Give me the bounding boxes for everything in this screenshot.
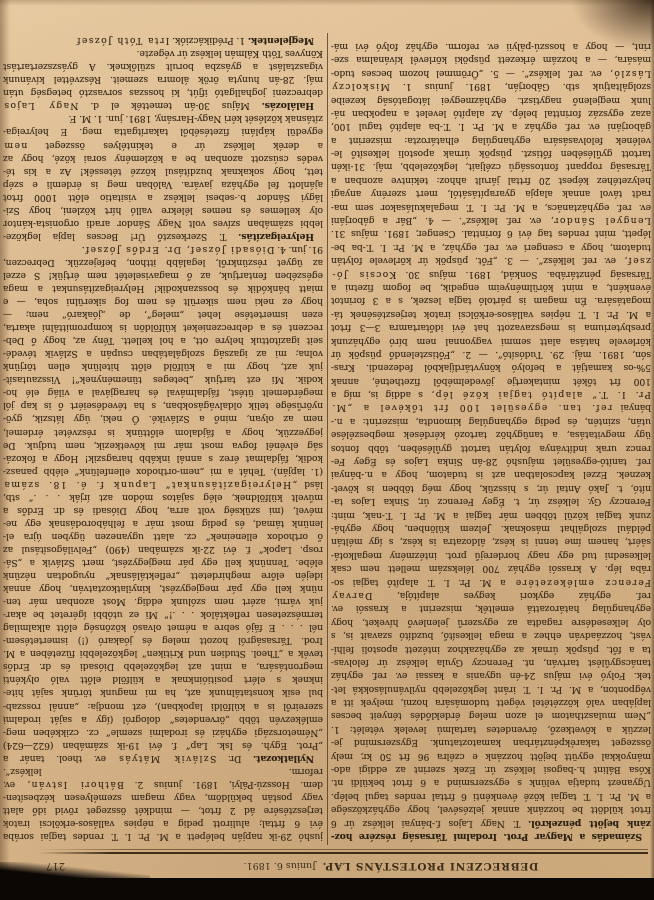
text-segment: „Németországi egyházi és irodalmi szemle… (3, 727, 323, 738)
text-line: vigasztalást a gyászba borult szülőknek.… (3, 60, 323, 73)
rotated-print-content: DEBRECZENI PROTESTÁNS LAP. Junius 6. 189… (0, 0, 654, 878)
text-segment: a M. Pr. I. T. népies vallásos-erkölcsi … (331, 309, 651, 320)
text-line: lezzük a következő, örvendetes tartalmú … (331, 722, 651, 735)
text-segment: ev. theol. tanár a (3, 753, 118, 764)
paper-sheet: DEBRECZENI PROTESTÁNS LAP. Junius 6. 189… (0, 0, 654, 878)
text-line: ő orthodox elleneinek“ cz. alatt ugyanez… (3, 530, 323, 543)
text-segment: ajánlott fel egyháza javára. Valóban meg… (3, 179, 323, 190)
text-line: sáért, hanem íme tenni is kész, áldozatr… (331, 535, 651, 548)
text-segment: Irod. Társaságról hozott meleg és jóakar… (3, 635, 323, 646)
text-segment: mányokkal együtt bejött hozzánk e czélra… (331, 751, 651, 762)
text-line: végponton, a M. Pr. I. T. iránt legközel… (331, 682, 651, 695)
text-line: lépett, mint rendes tag évi 6 forinttal.… (331, 227, 651, 240)
text-line: vást, hozzáadván ehhez a maga lelkesítő,… (331, 629, 651, 642)
text-segment: vedés csúszott azonban be a közlemény so… (3, 153, 323, 164)
text-line: Helyreigazítás. T. Szerkesztő Úr! Becses… (3, 230, 323, 243)
text-line: „Prot. Egyh. és Isk. Lap“ f. évi 19-ik s… (3, 739, 323, 752)
text-line: zánk bejött pénzekről. T. Nagy Lajos f.-… (331, 816, 651, 829)
text-segment: egészében fentartjuk, az ő magaviseletét… (3, 270, 323, 281)
column-right: jushó 29-ik napján belépett a M. Pr. I. … (3, 34, 323, 843)
text-segment: László, (609, 68, 651, 79)
text-segment: vigasztalást a gyászba borult szülőknek.… (3, 61, 323, 72)
text-line: nító, t. Jakó Antal úr, s hisszük, hogy … (331, 481, 651, 494)
text-segment: 1. Prédikácziók. (169, 35, 248, 46)
text-segment: zsef, (623, 255, 651, 266)
text-segment: végponton, a M. Pr. I. T. iránt legközel… (331, 684, 651, 695)
text-segment: T. Nagy Lajos f.-bányai lelkész úr 6 (331, 818, 528, 829)
text-line: velének felolvasására egyhangúlag elhatá… (331, 133, 651, 146)
text-segment: miatt bánkódik és bosszankodik! Helyreig… (3, 283, 323, 294)
text-line: tudatom, hogy a csengeri ev. ref. egyház… (331, 240, 651, 253)
paragraph-lead: Helyreigazítás. (238, 231, 314, 242)
text-line: Könyves Tóth Kálmán lelkész úr végezte. (3, 47, 323, 60)
text-segment: tudatom, hogy a csengeri ev. ref. egyház… (331, 242, 651, 253)
text-line: vedés csúszott azonban be a közlemény so… (3, 152, 323, 165)
text-segment: nél . . . E fájó sebre a német olvasó kö… (3, 622, 323, 633)
issue-date: Junius 6. 1891. (244, 860, 316, 871)
text-line: Számadás a Magyar Prot. Irodalmi Társasá… (331, 830, 651, 843)
paragraph-lead: Megjelentek. (248, 35, 314, 46)
text-line: jegyezzük, hogy a fájdalom előttünk is r… (3, 426, 323, 439)
text-segment: Nagy Lajos (3, 100, 78, 111)
text-segment: körlevele hatása alatt semmi vagyonnal n… (331, 336, 651, 347)
text-line: ev. ref. egyháztanács, a M. Pr. I. T. me… (331, 200, 651, 213)
text-segment: a derék lelkész úr e tekintélyes összege… (27, 140, 323, 151)
text-segment: 100 frt tőkét mintakertje jövedelméből f… (331, 376, 651, 387)
text-segment: ev. ref. egyháztanács, a M. Pr. I. T. me… (331, 202, 651, 213)
header-rule-thin (38, 849, 648, 850)
text-segment: „Prot. Egyh. és Isk. Lap“ f. évi 19-ik s… (3, 740, 323, 751)
text-line: nyörűsége telik oldalvágásokban, s ha té… (3, 399, 323, 412)
text-segment: egyhangúlag határozattá emelték, miszeri… (331, 603, 651, 614)
text-segment: Darvay (331, 590, 373, 601)
text-line: (1. lapján). Tehát a mi „nem-orthodox el… (3, 465, 323, 478)
text-line: 5%-os kamatját a befolyó könyvtárdíjakbó… (331, 361, 651, 374)
text-segment: ta a főt. püspök úrnak az egyházakhoz in… (331, 644, 651, 655)
text-line: mével, (mi szükség volt arra, hogy Diósa… (3, 504, 323, 517)
text-line: természetesen reflektálok . . .!“ Mi ez … (3, 608, 323, 621)
text-segment: lapjában való közzététel végett tudomásá… (331, 697, 651, 708)
text-line: megérdemelt ütést, fájdalmával és haragj… (3, 386, 323, 399)
text-segment: lunk megjelenő nagytiszt. egyházmegyei l… (331, 95, 651, 106)
text-line: frtot küldött be hozzánk annak jelzéséve… (331, 803, 651, 816)
text-line: elébe. Tennünk kell egy pár megjegyzést,… (3, 556, 323, 569)
text-segment: oly kellemes és nemes lélekre valló hírt… (3, 205, 323, 216)
text-segment: Könyves Tóth Kálmán lelkész úr végezte. (137, 48, 323, 59)
text-line: szolgáltatjuk stb. Gáborján, 1891. juniu… (331, 80, 651, 93)
text-line: volna; mi az igazság szolgálatában csupá… (3, 347, 323, 360)
text-line: az ügyet részünkről, legalább itthon, be… (3, 256, 323, 269)
text-line: a M. Pr. I. T. népies vallásos-erkölcsi … (331, 307, 651, 320)
text-segment: Társaság pénztárába. Sonkád, 1891. május… (396, 269, 651, 280)
text-segment: dem. Hosszú-Pályi, 1891. junius 2. (124, 779, 323, 790)
text-segment: reform. lelkész“. (3, 766, 323, 777)
text-line: Ugyanezt tudatja velünk s egyszersmind a… (331, 776, 651, 789)
text-line: zításnak közlését kéri Nagy-Harsány, 189… (3, 112, 323, 125)
text-line: oly lelkesedésre ragadta az egyszerű jel… (331, 615, 651, 628)
text-segment: lépett, mint rendes tag évi 6 forinttal.… (331, 228, 651, 239)
text-line: lapjában való közzététel végett tudomásá… (331, 696, 651, 709)
text-line: emlékezvén több „örvendetes“ dologról (í… (3, 713, 323, 726)
text-segment: évi 6 frttal; alulirott pedig a népies v… (3, 818, 323, 829)
text-segment: bul esik konstatálnunk azt, ha mi magunk… (3, 687, 323, 698)
text-segment: Báthori István, (26, 779, 124, 790)
text-segment: zunk tagjai közül többen már tagjai a M.… (331, 510, 651, 521)
text-line: rosp. Lapok“ f. évi 22-ik számában (490)… (3, 543, 323, 556)
text-line: tek. Folyó évi május 24-én ugyanis a kas… (331, 669, 651, 682)
text-line: lásd „Helyreigazításunkat“ Lapunk f. é. … (3, 478, 323, 491)
text-segment: természetesen reflektálok . . .!“ Mi ez … (3, 609, 323, 620)
text-line: „Németországi egyházi és irodalmi szemle… (3, 726, 323, 739)
text-segment: Ferencz emlékezetére (514, 577, 651, 588)
text-line: inknek s elért positióinknak a külföld e… (3, 673, 323, 686)
text-segment: s addig is, míg a (331, 389, 430, 400)
paragraph-lead: zánk bejött pénzekről. (528, 818, 651, 829)
text-line: lágyi Sándor b.-sebesi lelkész a visitat… (3, 191, 323, 204)
header-rule-thick (38, 852, 648, 854)
text-line: ezen ismertetése lehet „meleg“, de „jóak… (3, 308, 323, 321)
text-line: ta a főt. püspök úrnak az egyházakhoz in… (331, 642, 651, 655)
text-segment: Diósadi József, Dr. Erdős József. (80, 244, 274, 255)
text-line: Ferencz emlékezetére a M. Pr. I. T. alap… (331, 575, 651, 588)
text-line: Lengyel Sándor, ev. ref. lelkész“. — 4. … (331, 214, 651, 227)
text-segment: ref. tan. egyesület 100 frt tőkével a „M… (331, 403, 612, 414)
text-line: megrontására, a mint azt legközelebb Dió… (3, 660, 323, 673)
text-segment: lágyi Sándor b.-sebesi lelkész a visitat… (3, 192, 323, 203)
text-line: ref. tanító-egyesület májushó 28-án Sink… (331, 455, 651, 468)
text-segment: lezzük a következő, örvendetes tartalmú … (331, 724, 651, 735)
text-segment: sáért, hanem íme tenni is kész, áldozatr… (331, 536, 651, 547)
text-segment: megérdemelt ütést, fájdalmával és haragj… (3, 387, 323, 398)
text-line: miatt bánkódik és bosszankodik! Helyreig… (3, 282, 323, 295)
text-line: bányai ref. tan. egyesület 100 frt tőkév… (331, 401, 651, 414)
text-segment: Pr. I. T.“ alapító tagjai közé lép, (430, 389, 651, 400)
text-line: Kósa Bálint h.-bagosi lelkész úr. Ezek s… (331, 763, 651, 776)
text-segment: Dr. (216, 753, 253, 764)
text-line: mogatására. Én magam is pártoló tagja le… (331, 294, 651, 307)
text-segment: vást, hozzáadván ehhez a maga lelkesítő,… (331, 630, 651, 641)
text-line: mányokkal együtt bejött hozzánk e czélra… (331, 749, 651, 762)
text-line: zunk tagjai közül többen már tagjai a M.… (331, 508, 651, 521)
text-segment: máj. 28-án hunyta örök álomra szemeit. R… (3, 74, 323, 85)
scanned-newspaper-page: DEBRECZENI PROTESTÁNS LAP. Junius 6. 189… (0, 0, 654, 900)
text-line: kodik, fájdalmat érez s annál inkább har… (3, 452, 323, 465)
text-segment: frtot küldött be hozzánk annak jelzéséve… (331, 804, 651, 815)
text-segment: inknek s elért positióinknak a külföld e… (3, 674, 323, 685)
text-segment: hogy ez neki nem sikerült és nem fog sik… (3, 296, 323, 307)
text-line: ajánlott fel egyháza javára. Valóban meg… (3, 178, 323, 191)
text-segment: kodik, fájdalmat érez s annál inkább har… (3, 453, 323, 464)
text-segment: megrontására, a mint azt legközelebb Dió… (3, 661, 323, 672)
text-segment: nyörűsége telik oldalvágásokban, s ha té… (3, 400, 323, 411)
text-segment: vagy postán beküldöm, vagy magam személy… (3, 792, 323, 803)
text-segment: lásd (297, 479, 323, 490)
text-segment: művelt külföldnek, elég sajátos módon az… (3, 492, 323, 503)
text-segment: ev. ref. lelkész“. — 3. „Főt. püspök úr … (331, 255, 623, 266)
text-line: Társaság roppant fontosságú czéljait, le… (331, 160, 651, 173)
text-line: László, ev. ref. lelkész“. — 5. „Örömmel… (331, 66, 651, 79)
text-line: tett, hogy sokaknak buzdításul közzé tét… (3, 165, 323, 178)
column-divider-rule (327, 33, 328, 845)
text-segment: ref. tanító-egyesület májushó 28-án Sink… (331, 456, 651, 467)
text-line: körlevele hatása alatt semmi vagyonnal n… (331, 334, 651, 347)
text-segment: szereiről is a külföldi lapokban), ezt m… (3, 701, 323, 712)
text-line: lebbi számában szíves volt Nagy Sándor a… (3, 217, 323, 230)
text-line: lunk megjelenő nagytiszt. egyházmegyei l… (331, 93, 651, 106)
text-line: keznek. Ezzel kapcsolatban azt is tudato… (331, 468, 651, 481)
text-line: Megjelentek. 1. Prédikácziók. Irta Tóth … (3, 34, 323, 47)
text-line: vagy postán beküldöm, vagy magam személy… (3, 791, 323, 804)
text-line: seit igazítottuk helyre ott, a hol kelle… (3, 334, 323, 347)
text-line: Társaság pénztárába. Sonkád, 1891. május… (331, 267, 651, 280)
text-segment: reczent és a debreczenieket külföldön is… (3, 322, 323, 333)
text-line: dem. Hosszú-Pályi, 1891. junius 2. Bátho… (3, 778, 323, 791)
page-edge-shadow-right (650, 0, 654, 878)
text-line: nünk kell egy pár megjegyzést, kinyilatk… (3, 582, 323, 595)
text-line: presbyteriuma is megszavazott hat évi id… (331, 321, 651, 334)
text-line: són, 1891. máj. 29. Tudósító“. — 2. „Főt… (331, 348, 651, 361)
text-segment: tanácsgyűlést tartván, nt. Ferenczy Gyul… (331, 657, 651, 668)
text-segment: összeget takarékpénztárban kamatoztatunk… (331, 737, 651, 748)
text-segment: Május 30-án temették el d. (78, 100, 261, 111)
text-line: összeget takarékpénztárban kamatoztatunk… (331, 736, 651, 749)
text-line: évi 6 frttal; alulirott pedig a népies v… (3, 817, 323, 830)
text-segment: presbyteriuma is megszavazott hat évi id… (331, 322, 651, 333)
text-segment: juk azt, hogy mi a külföld előtt hitelün… (3, 361, 323, 372)
text-line: Halálozás. Május 30-án temették el d. Na… (3, 99, 323, 112)
text-segment: egyedül kápláni fizetéséből takarítgatta… (3, 126, 323, 137)
text-line: azaz egyszáz forinttal belép. Az alapító… (331, 107, 651, 120)
text-line: oly kellemes és nemes lélekre valló hírt… (3, 204, 323, 217)
text-segment: „Nem mulaszthatom el azon meleg érdeklőd… (331, 710, 651, 721)
text-segment: tek. Folyó évi május 24-én ugyanis a kas… (331, 670, 651, 681)
text-segment: debreczeni joghallgató ifjút, ki hosszas… (3, 87, 323, 98)
text-line: idején előre meghirdetett „reflektálásna… (3, 569, 323, 582)
text-segment: idején előre meghirdetett „reflektálásna… (3, 570, 323, 581)
text-line: ref. egyház egykori kegyes alapítója, Da… (331, 589, 651, 602)
text-line: bul esik konstatálnunk azt, ha mi magunk… (3, 686, 323, 699)
text-segment: gáborjáni ev. ref. egyház a M. Pr. I. T.… (331, 121, 651, 132)
paragraph-lead: Nyilatkozat. (253, 753, 314, 764)
text-segment: Szlávik Mátyás (118, 753, 217, 764)
text-segment: Kocsis Jó- (331, 269, 396, 280)
text-segment: lebbi számában szíves volt Nagy Sándor a… (3, 218, 323, 229)
text-line: gáborjáni ev. ref. egyház a M. Pr. I. T.… (331, 120, 651, 133)
text-line: tanácsgyűlést tartván, nt. Ferenczy Gyul… (331, 656, 651, 669)
text-line: egészében fentartjuk, az ő magaviseletét… (3, 269, 323, 282)
text-segment: az ügyet részünkről, legalább itthon, be… (3, 257, 323, 268)
text-line: hogy ez neki nem sikerült és nem fog sik… (3, 295, 323, 308)
text-line: zsef, ev. ref. lelkész“. — 3. „Főt. püsp… (331, 254, 651, 267)
text-segment: són, 1891. máj. 29. Tudósító“. — 2. „Főt… (331, 349, 651, 360)
scan-black-wedge (0, 862, 150, 878)
text-segment: Irta Tóth József (76, 35, 170, 46)
text-segment: kodik. Mi ezt tartjuk „beteges tüneményn… (3, 374, 323, 385)
text-segment: ezen ismertetése lehet „meleg“, de „jóak… (3, 309, 323, 320)
text-line: lelkesedni tud egy nagy horderejű prot. … (331, 548, 651, 561)
text-segment: nünk kell egy pár megjegyzést, kinyilatk… (3, 583, 323, 594)
text-segment: szolgáltatjuk stb. Gáborján, 1891. juniu… (390, 81, 651, 92)
text-segment: Kósa Bálint h.-bagosi lelkész úr. Ezek s… (331, 764, 651, 775)
text-segment: mására, — a hozzám érkezett püspöki körl… (331, 54, 651, 65)
text-segment: juk várni, azért nem szólunk eddig. Most… (3, 596, 323, 607)
text-line: reczent és a debreczenieket külföldön is… (3, 321, 323, 334)
text-line: évenként, a mint körülményeim engedik, b… (331, 281, 651, 294)
text-line: radt távol annak alapja gyarapításától, … (331, 187, 651, 200)
text-line: debreczeni joghallgató ifjút, ki hosszas… (3, 86, 323, 99)
text-line: ügy megvitatása, a tanügyhöz tartozó kér… (331, 428, 651, 441)
column-left: Számadás a Magyar Prot. Irodalmi Társasá… (331, 40, 651, 843)
text-line: után, szintén, és pedig egyhangúlag kimo… (331, 415, 651, 428)
paragraph-lead: Halálozás. (262, 100, 314, 111)
text-segment: tett, hogy sokaknak buzdításul közzé tét… (3, 166, 323, 177)
text-line: tartott gyűlésében főtiszt. püspök úrnak… (331, 147, 651, 160)
text-segment: nem az olyan, minő a Szláviké. Ő neki, ú… (3, 414, 323, 425)
text-segment: rencz urak indítványa folytán tartott gy… (331, 443, 651, 454)
scan-smudge-top-right (564, 0, 654, 55)
text-segment: elébe. Tennünk kell egy pár megjegyzést,… (3, 557, 323, 568)
text-segment: azaz egyszáz forinttal belép. Az alapító… (331, 108, 651, 119)
text-segment: lelkesedni tud egy nagy horderejű prot. … (331, 550, 651, 561)
text-segment: keznek. Ezzel kapcsolatban azt is tudato… (331, 469, 651, 480)
text-segment: jegyezzük, hogy a fájdalom előttünk is r… (3, 427, 323, 438)
text-segment: lenünk támad, és pedig most már a felháb… (3, 518, 323, 529)
text-segment: bányai (612, 403, 651, 414)
text-segment: emlékezvén több „örvendetes“ dologról (í… (3, 714, 323, 725)
text-line: Ferenczy Gy. lelkész úr, t. Égey Ferencz… (331, 495, 651, 508)
text-segment: mogatására. Én magam is pártoló tagja le… (331, 295, 651, 306)
text-segment: Társaság roppant fontosságú czéljait, le… (331, 161, 651, 172)
text-segment: tartott gyűlésében főtiszt. püspök úrnak… (331, 148, 651, 159)
text-segment: zításnak közlését kéri Nagy-Harsány, 189… (69, 113, 323, 124)
text-segment: ság elvénél fogva most már mi következik… (3, 440, 323, 451)
text-segment: volna; mi az igazság szolgálatában csupá… (3, 348, 323, 359)
page-edge-shadow-top (0, 0, 654, 6)
text-line: nél . . . E fájó sebre a német olvasó kö… (3, 621, 323, 634)
page-edge-shadow-left (0, 0, 10, 878)
text-segment: a M. Pr. I. T. tagjai közé évenkénti 6 f… (331, 791, 651, 802)
text-line: juk azt, hogy mi a külföld előtt hitelün… (3, 360, 323, 373)
text-segment: nító, t. Jakó Antal úr, s hisszük, hogy … (331, 483, 651, 494)
text-line: reform. lelkész“. (3, 765, 323, 778)
text-segment: rába lép. A krassói egyház 700 lélekszám… (331, 563, 651, 574)
text-segment: seit igazítottuk helyre ott, a hol kelle… (3, 335, 323, 346)
text-line: „Nem mulaszthatom el azon meleg érdeklőd… (331, 709, 651, 722)
text-segment: oly lelkesedésre ragadta az egyszerű jel… (331, 617, 651, 628)
text-line: helyzetéhez képest 20 frttal járult ahho… (331, 173, 651, 186)
text-line: tevék a „Theol. Studien und Kritiken“ le… (3, 647, 323, 660)
text-line: a M. Pr. I. T. tagjai közé évenkénti 6 f… (331, 789, 651, 802)
text-segment: radt távol annak alapja gyarapításától, … (331, 188, 651, 199)
text-segment: Miskolczy (331, 81, 390, 92)
text-line: kodik. Mi ezt tartjuk „beteges tüneményn… (3, 373, 323, 386)
masthead-title: DEBRECZENI PROTESTÁNS LAP. (322, 860, 538, 872)
text-segment: ügy megvitatása, a tanügyhöz tartozó kér… (331, 429, 651, 440)
text-segment: Ferenczy Gy. lelkész úr, t. Égey Ferencz… (331, 496, 651, 507)
text-line: például szolgálhat másoknak. Jelzem külö… (331, 522, 651, 535)
text-line: szereiről is a külföldi lapokban), ezt m… (3, 699, 323, 712)
text-line: egyedül kápláni fizetéséből takarítgatta… (3, 125, 323, 138)
text-line: 100 frt tőkét mintakertje jövedelméből f… (331, 374, 651, 387)
text-segment: rosp. Lapok“ f. évi 22-ik számában (490)… (3, 544, 323, 555)
text-segment: után, szintén, és pedig egyhangúlag kimo… (331, 416, 651, 427)
text-segment: helyzetéhez képest 20 frttal járult ahho… (331, 175, 651, 186)
text-segment: (1. lapján). Tehát a mi „nem-orthodox el… (3, 466, 323, 477)
text-line: Nyilatkozat. Dr. Szlávik Mátyás ev. theo… (3, 752, 323, 765)
text-segment: terjesztésére ád 2 frtot, — mindkét össz… (3, 805, 323, 816)
text-segment: velének felolvasására egyhangúlag elhatá… (331, 135, 651, 146)
text-segment: ref. egyház egykori kegyes alapítója, (373, 590, 652, 601)
text-segment: 5%-os kamatját a befolyó könyvtárdíjakbó… (331, 362, 651, 373)
text-line: Irod. Társaságról hozott meleg és jóakar… (3, 634, 323, 647)
text-line: művelt külföldnek, elég sajátos módon az… (3, 491, 323, 504)
text-line: a derék lelkész úr e tekintélyes összege… (3, 138, 323, 151)
text-line: rencz urak indítványa folytán tartott gy… (331, 441, 651, 454)
text-line: nem az olyan, minő a Szláviké. Ő neki, ú… (3, 412, 323, 425)
text-line: juk várni, azért nem szólunk eddig. Most… (3, 595, 323, 608)
paragraph-lead: Számadás a Magyar Prot. Irodalmi Társasá… (331, 831, 642, 842)
text-segment: tevék a „Theol. Studien und Kritiken“ le… (3, 648, 323, 659)
text-line: 91. jun. 4. Diósadi József, Dr. Erdős Jó… (3, 243, 323, 256)
text-segment: Lengyel Sándor, (549, 215, 651, 226)
text-segment: ev. ref. lelkész“. — 5. „Örömmel hozom b… (331, 68, 609, 79)
text-line: egyhangúlag határozattá emelték, miszeri… (331, 602, 651, 615)
text-segment: Ugyanezt tudatja velünk s egyszersmind a… (331, 777, 651, 788)
text-segment: ő orthodox elleneinek“ cz. alatt ugyanez… (3, 531, 323, 542)
text-segment: „Helyreigazításunkat“ Lapunk f. é. 18. s… (3, 479, 297, 490)
text-line: rába lép. A krassói egyház 700 lélekszám… (331, 562, 651, 575)
text-line: ság elvénél fogva most már mi következik… (3, 439, 323, 452)
text-segment: ev. ref. lelkész“. — 4. „Bár a gáborjáni (331, 215, 549, 226)
text-segment: mével, (mi szükség volt arra, hogy Diósa… (3, 505, 323, 516)
text-segment: a M. Pr. I. T. alapító tagjai so- (331, 577, 514, 588)
text-line: lenünk támad, és pedig most már a felháb… (3, 517, 323, 530)
text-segment: 91. jun. 4. (274, 244, 323, 255)
text-segment: évenként, a mint körülményeim engedik, b… (331, 282, 651, 293)
text-segment: T. Szerkesztő Úr! Becses lapja legköze- (3, 231, 238, 242)
text-line: Pr. I. T.“ alapító tagjai közé lép, s ad… (331, 388, 651, 401)
text-line: terjesztésére ád 2 frtot, — mindkét össz… (3, 804, 323, 817)
text-segment: például szolgálhat másoknak. Jelzem külö… (331, 523, 651, 534)
text-line: máj. 28-án hunyta örök álomra szemeit. R… (3, 73, 323, 86)
text-segment: jushó 29-ik napján belépett a M. Pr. I. … (3, 831, 323, 842)
text-line: jushó 29-ik napján belépett a M. Pr. I. … (3, 830, 323, 843)
